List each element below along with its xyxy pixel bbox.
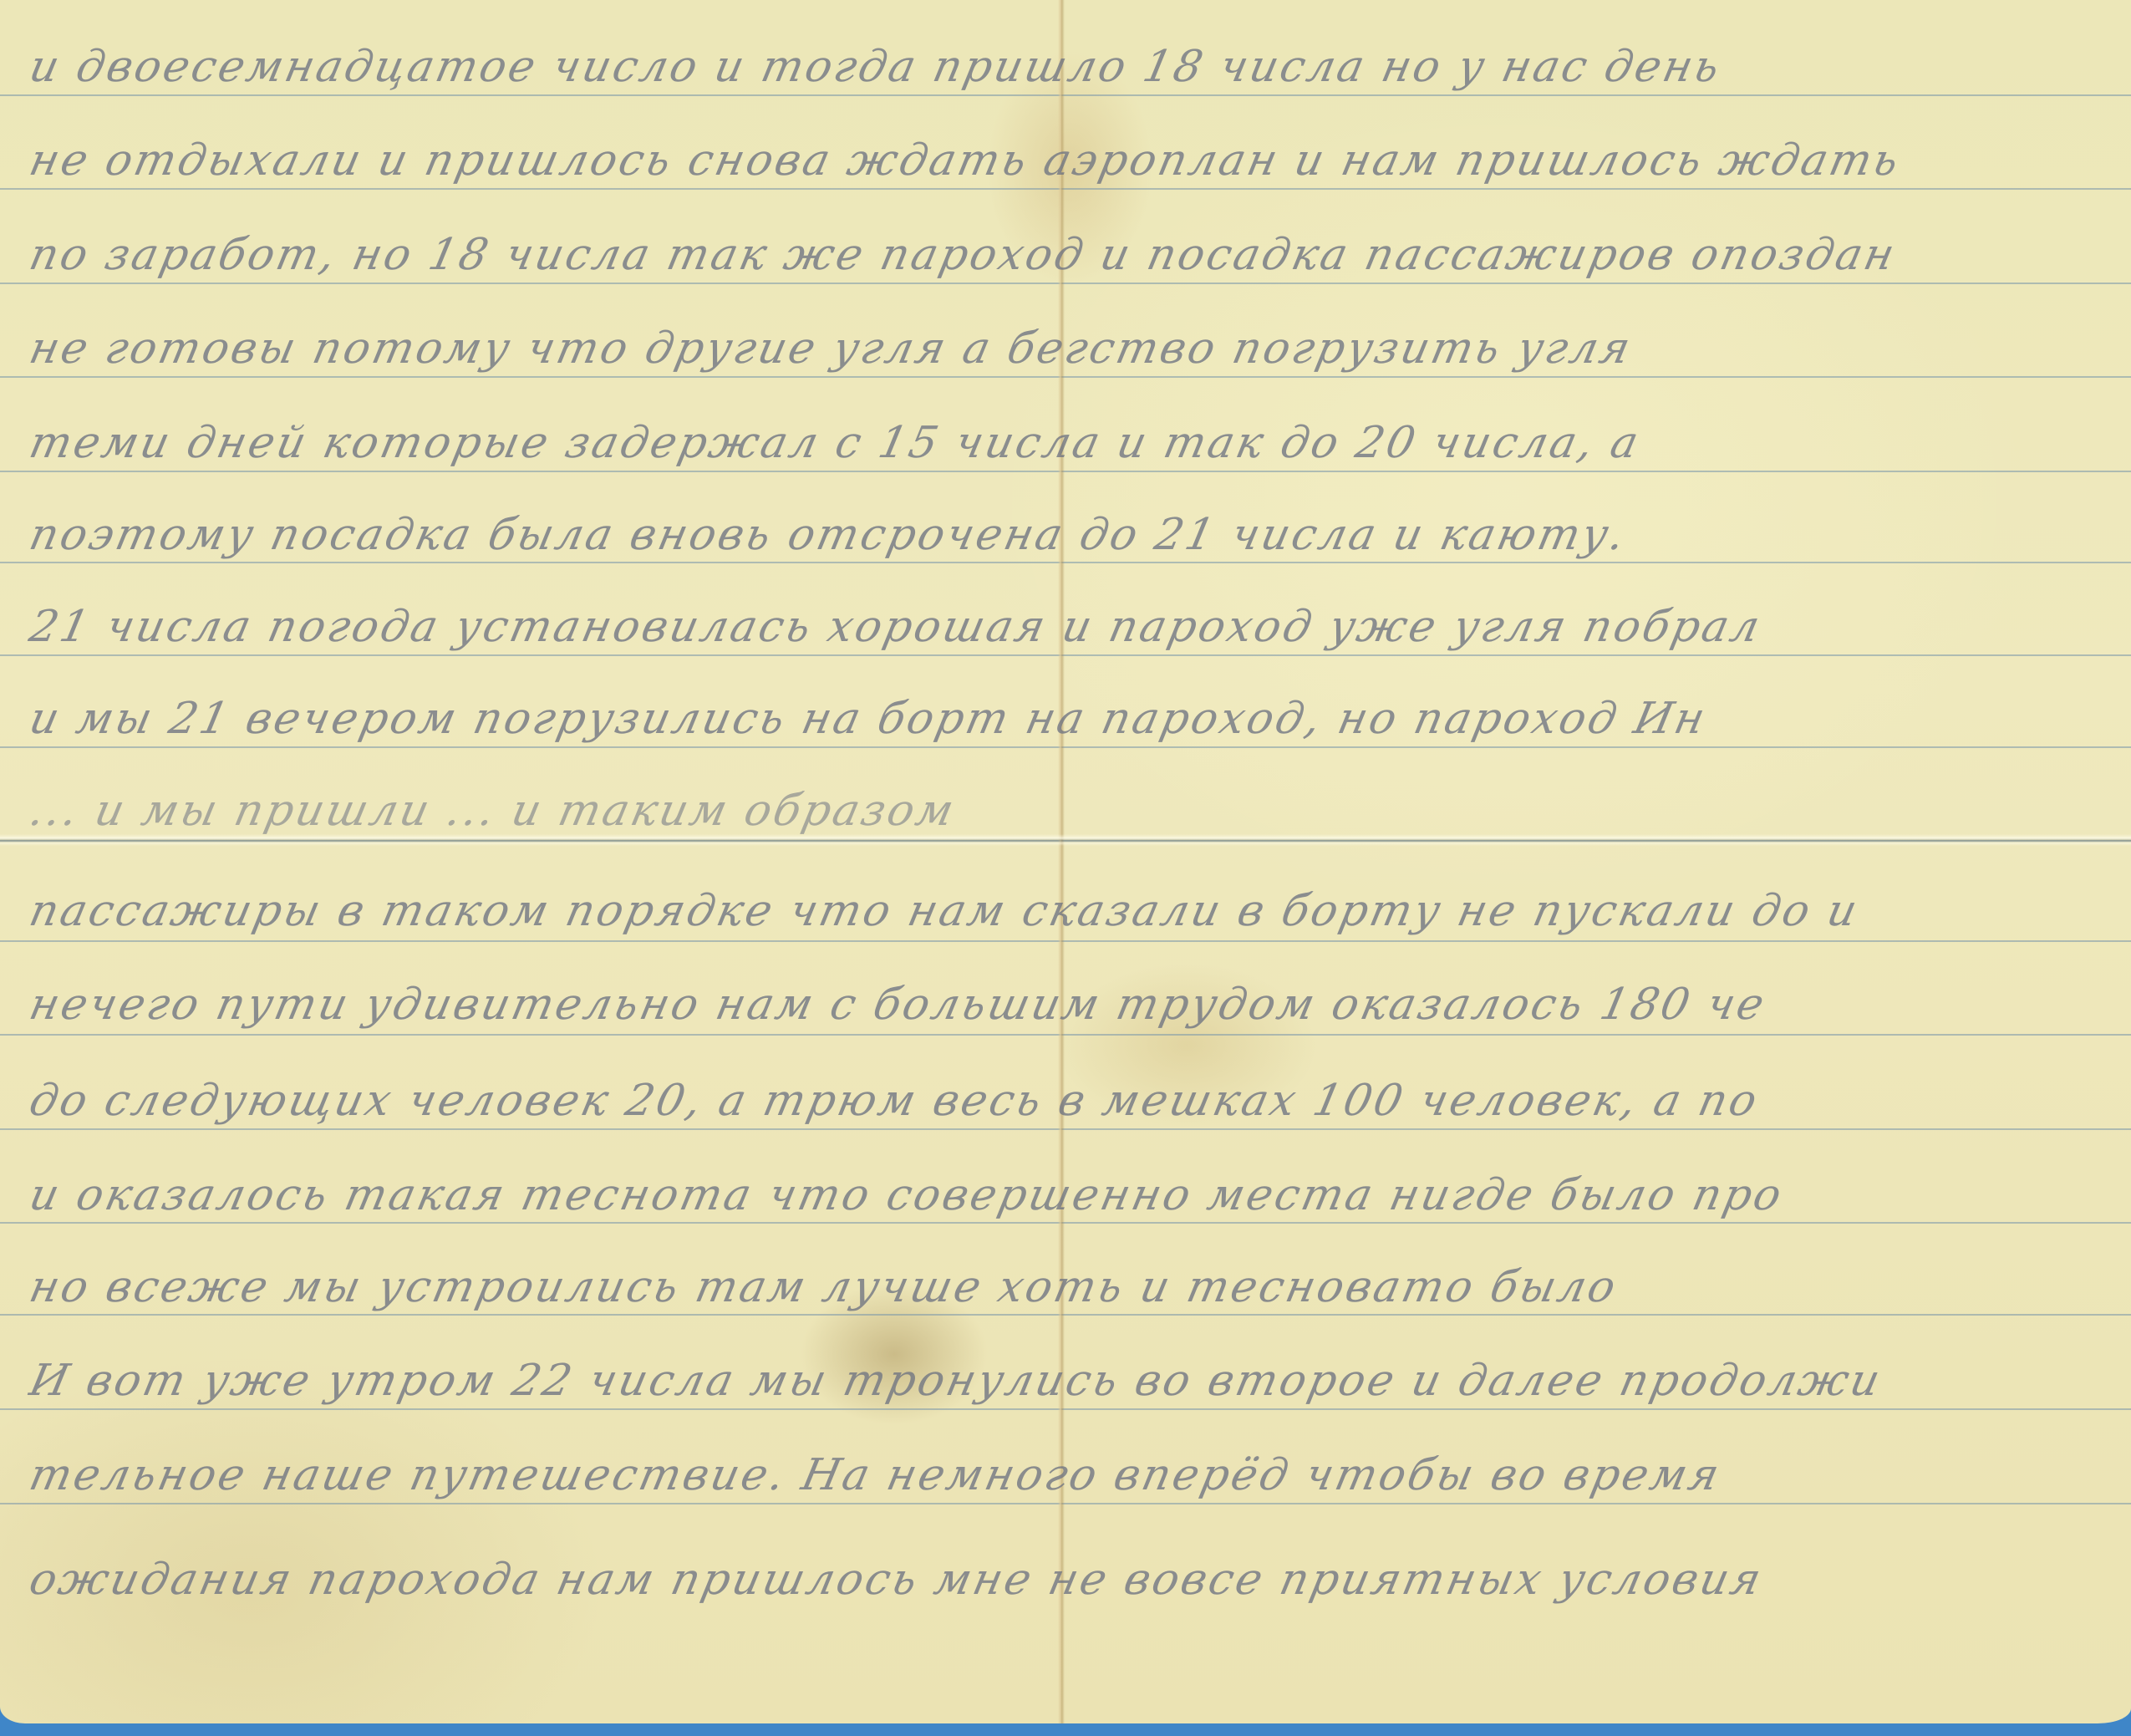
ruled-line: [0, 1314, 2131, 1316]
letter-line: и оказалось такая теснота что совершенно…: [25, 1170, 2131, 1220]
ruled-line: [0, 283, 2131, 284]
ruled-line: [0, 1128, 2131, 1130]
letter-line: до следующих человек 20, а трюм весь в м…: [25, 1076, 2131, 1126]
horizontal-fold: [0, 834, 2131, 846]
letter-line: по заработ, но 18 числа так же пароход и…: [25, 230, 2131, 280]
ruled-line: [0, 746, 2131, 748]
ruled-line: [0, 94, 2131, 96]
ruled-line: [0, 1408, 2131, 1410]
letter-line: поэтому посадка была вновь отсрочена до …: [25, 510, 2131, 560]
letter-line: ... и мы пришли ... и таким образом: [25, 786, 2131, 836]
ruled-line: [0, 471, 2131, 472]
letter-line: пассажиры в таком порядке что нам сказал…: [25, 886, 2131, 936]
letter-line: 21 числа погода установилась хорошая и п…: [25, 602, 2131, 652]
letter-line: И вот уже утром 22 числа мы тронулись во…: [25, 1356, 2131, 1406]
letter-line: теми дней которые задержал с 15 числа и …: [25, 418, 2131, 468]
letter-line: тельное наше путешествие. На немного впе…: [25, 1450, 2131, 1500]
ruled-line: [0, 1034, 2131, 1036]
ruled-line: [0, 188, 2131, 190]
letter-page: и двоесемнадцатое число и тогда пришло 1…: [0, 0, 2131, 1723]
letter-line: нечего пути удивительно нам с большим тр…: [25, 980, 2131, 1030]
letter-line: не отдыхали и пришлось снова ждать аэроп…: [25, 135, 2131, 186]
letter-line: ожидания парохода нам пришлось мне не во…: [25, 1555, 2131, 1605]
ruled-line: [0, 376, 2131, 378]
letter-line: но всеже мы устроились там лучше хоть и …: [25, 1262, 2131, 1312]
ruled-line: [0, 1222, 2131, 1224]
ruled-line: [0, 940, 2131, 942]
ruled-line: [0, 1503, 2131, 1504]
letter-line: и мы 21 вечером погрузились на борт на п…: [25, 694, 2131, 744]
letter-line: не готовы потому что другие угля а бегст…: [25, 323, 2131, 374]
ruled-line: [0, 562, 2131, 563]
ruled-line: [0, 654, 2131, 656]
letter-line: и двоесемнадцатое число и тогда пришло 1…: [25, 42, 2131, 92]
